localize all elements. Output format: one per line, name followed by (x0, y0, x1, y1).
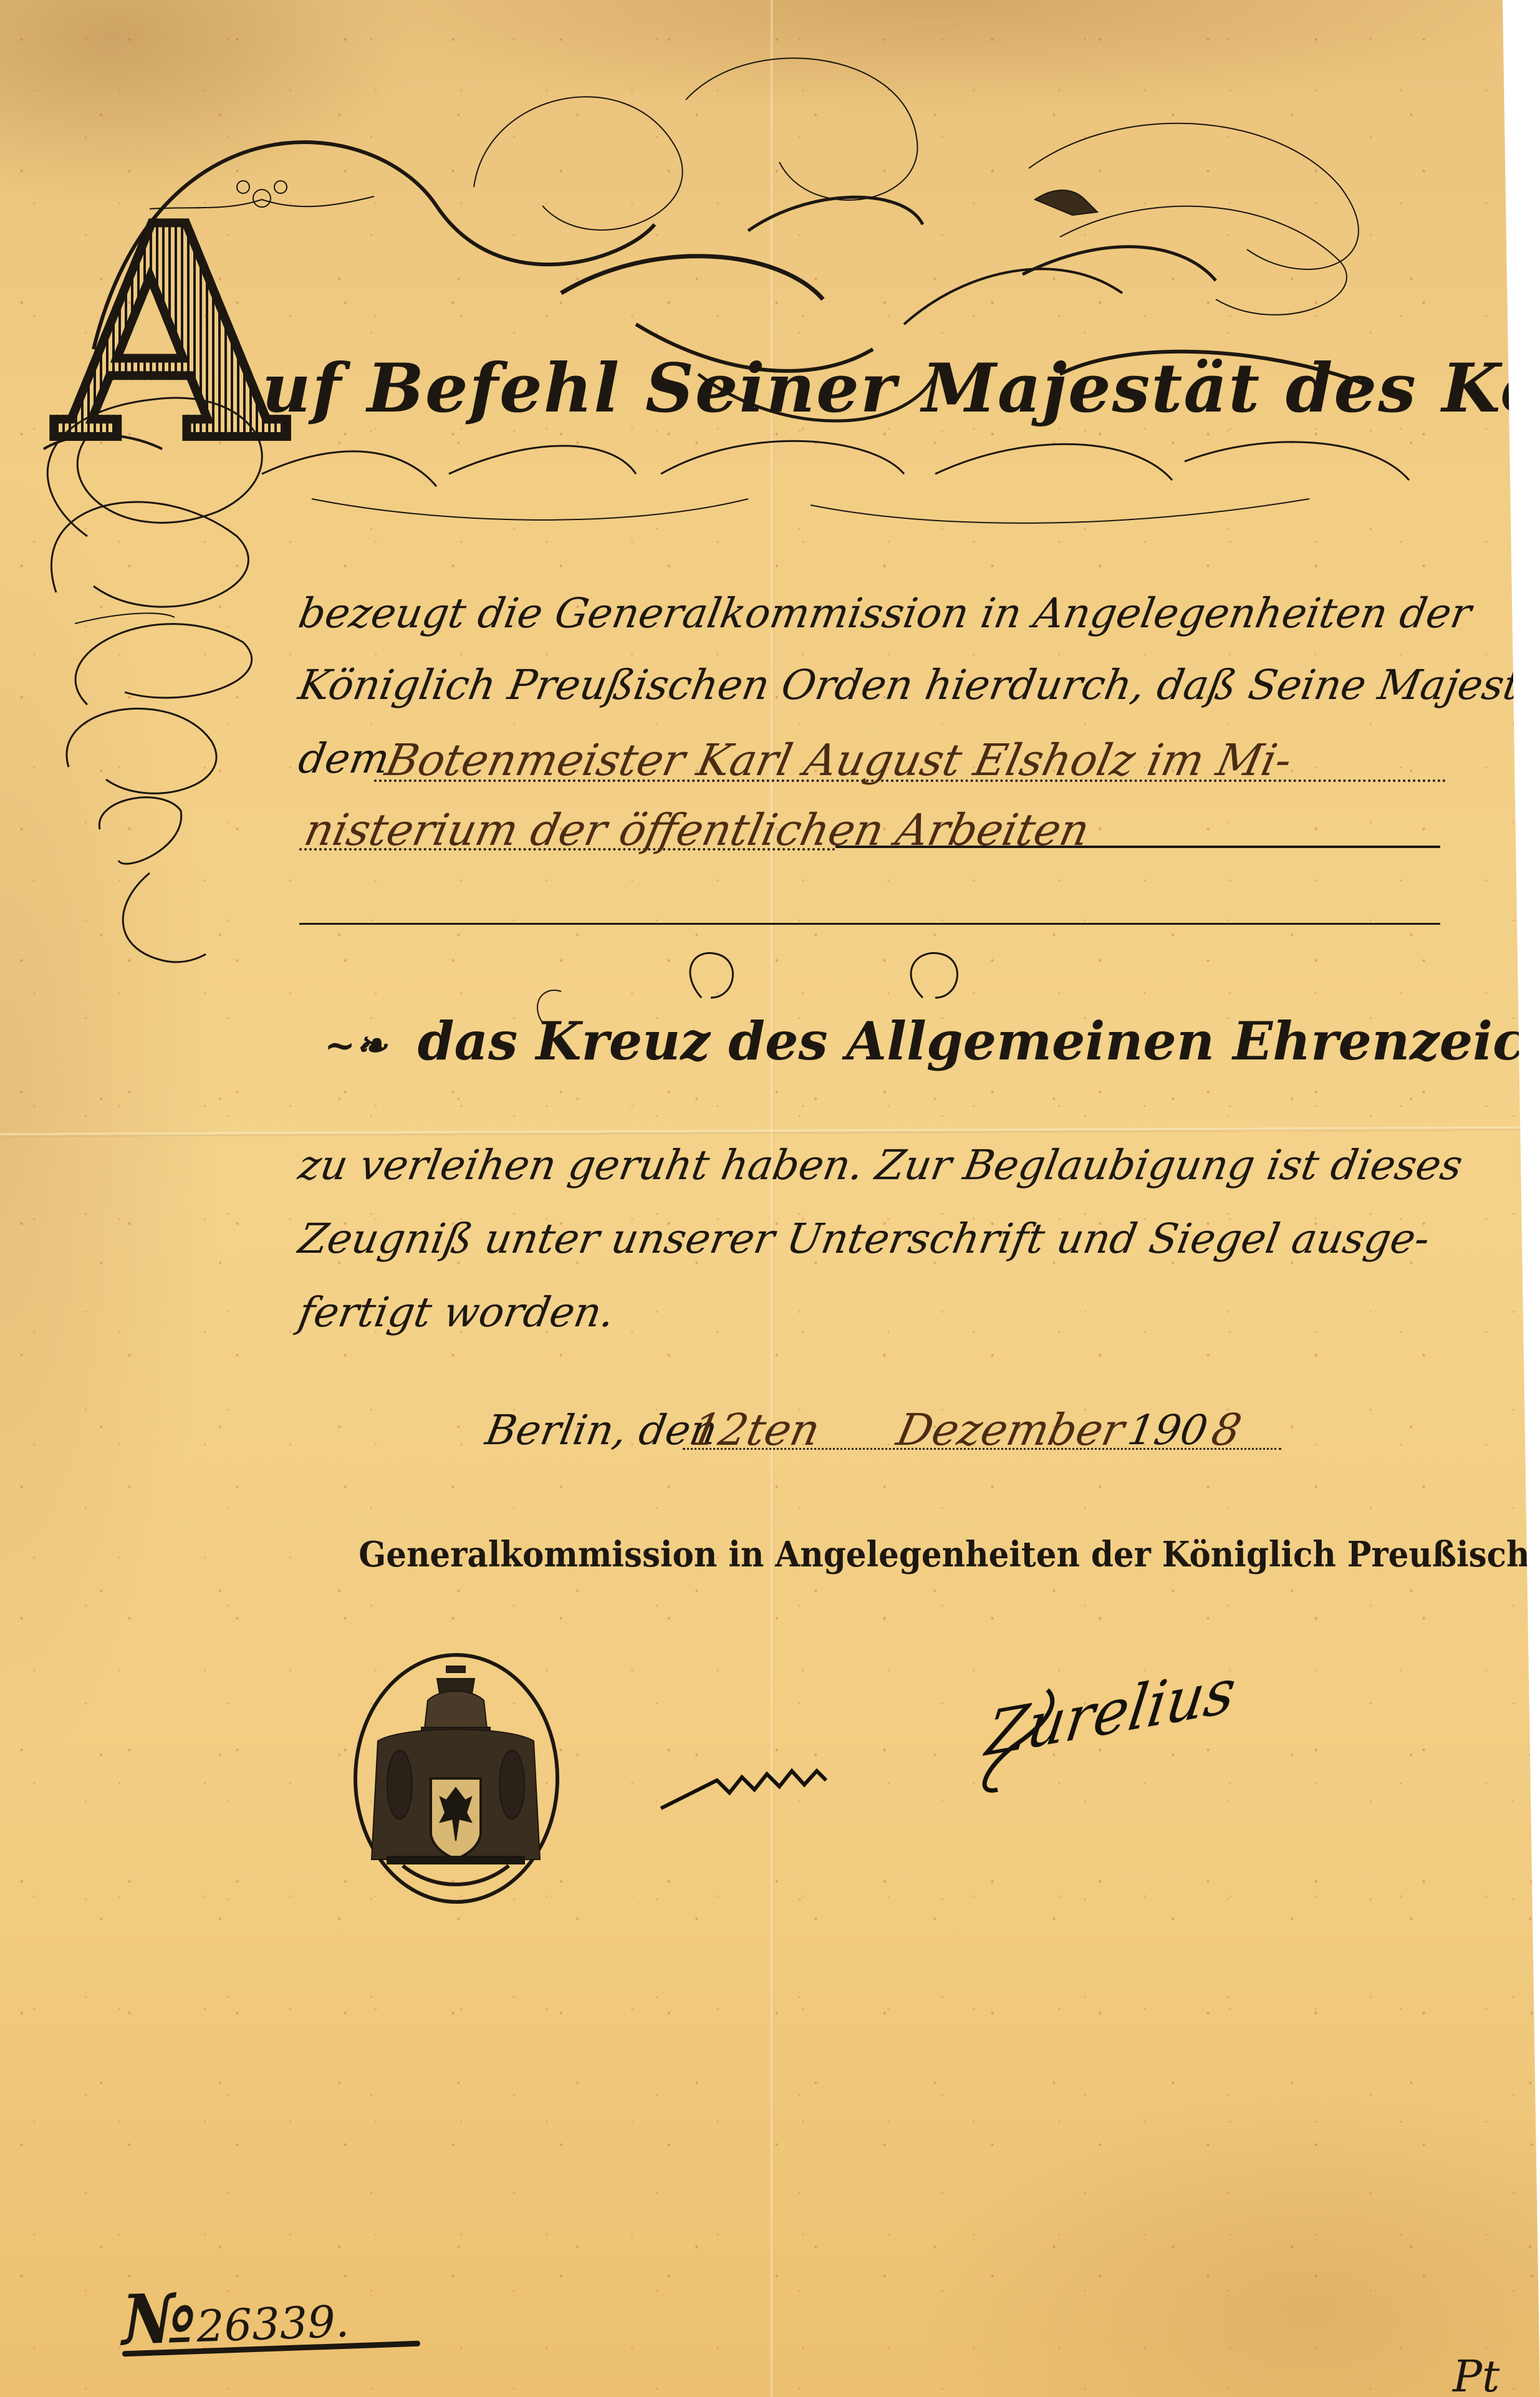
award-title: ~❧ das Kreuz des Allgemeinen Ehrenzeiche… (312, 1010, 1446, 1072)
body-line-2: Königlich Preußischen Orden hierdurch, d… (295, 661, 1540, 709)
issuing-authority: Generalkommission in Angelegenheiten der… (359, 1534, 1437, 1575)
award-text: das Kreuz des Allgemeinen Ehrenzeichens (418, 1010, 1540, 1072)
number-sign: № (120, 2277, 198, 2360)
date-place: Berlin, den (482, 1406, 721, 1454)
closing-line-1: zu verleihen geruht haben. Zur Beglaubig… (295, 1141, 1466, 1189)
recipient-line-2: nisterium der öffentlichen Arbeiten (300, 804, 1094, 856)
body-line-1: bezeugt die Generalkommission in Angeleg… (295, 589, 1475, 637)
heading-title: uf Befehl Seiner Majestät des Königs (262, 349, 1434, 428)
swash-left-icon: ~❧ (324, 1024, 387, 1068)
recipient-line-1: Botenmeister Karl August Elsholz im Mi- (381, 735, 1296, 786)
aged-paper: A uf Befehl Seiner Majestät des Königs b… (0, 0, 1540, 2397)
blank-rule (299, 923, 1440, 925)
body-line-3-prefix: dem (295, 735, 393, 783)
date-year-printed: 190 (1124, 1406, 1211, 1454)
date-day: 12ten (686, 1404, 824, 1455)
corner-mark: Pt (1453, 2351, 1499, 2397)
heading-initial: A (56, 187, 284, 480)
closing-line-2: Zeugniß unter unserer Unterschrift und S… (295, 1215, 1433, 1263)
document-page: A uf Befehl Seiner Majestät des Königs b… (0, 0, 1540, 2397)
closing-line-3: fertigt worden. (295, 1288, 618, 1336)
coat-of-arms-seal-icon (353, 1654, 559, 1903)
date-month: Dezember (892, 1404, 1129, 1455)
